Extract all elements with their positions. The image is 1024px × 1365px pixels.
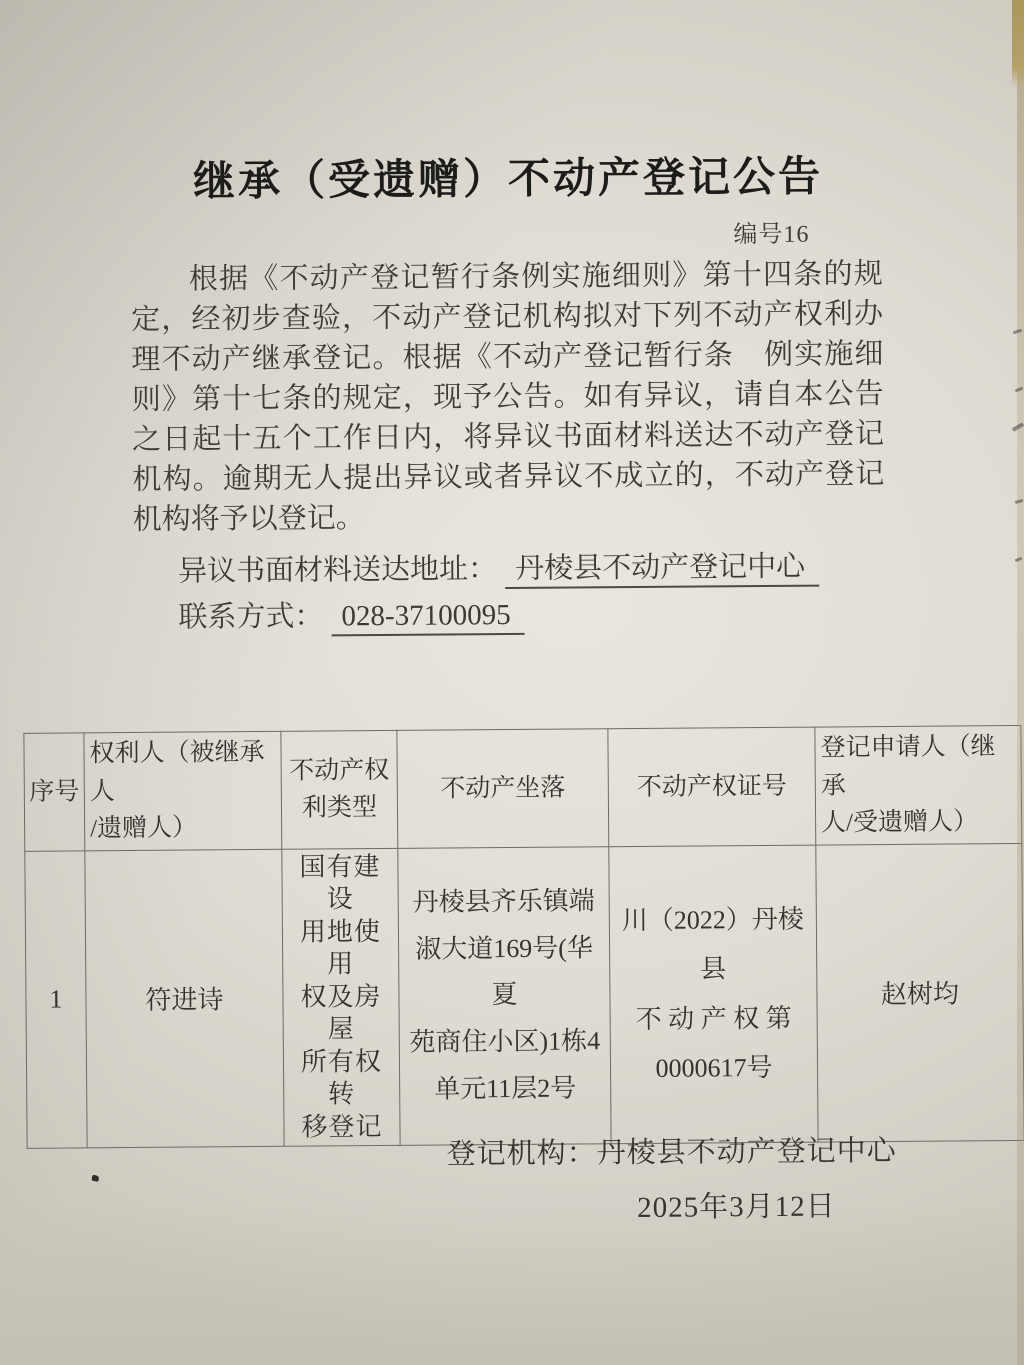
cell-owner: 符进诗 (85, 849, 284, 1148)
document-sheet: 继承（受遗赠）不动产登记公告 编号16 根据《不动产登记暂行条例实施细则》第十四… (0, 0, 1024, 1365)
header-location: 不动产坐落 (397, 729, 609, 848)
cell-type: 国有建设 用地使用 权及房屋 所有权转 移登记 (282, 848, 400, 1146)
address-value: 丹棱县不动产登记中心 (505, 551, 819, 589)
cell-applicant: 赵树均 (816, 843, 1024, 1142)
doc-number: 编号16 (733, 214, 809, 250)
address-line: 异议书面材料送达地址：丹棱县不动产登记中心 (178, 544, 819, 590)
cell-location: 丹棱县齐乐镇端 淑大道169号(华夏 苑商住小区)1栋4 单元11层2号 (398, 846, 611, 1145)
table-header-row: 序号 权利人（被继承人 /遗赠人） 不动产权 利类型 不动产坐落 不动产权证号 … (24, 726, 1022, 851)
contact-value: 028-37100095 (331, 599, 524, 637)
table-row: 1 符进诗 国有建设 用地使用 权及房屋 所有权转 移登记 丹棱县齐乐镇端 淑大… (25, 843, 1024, 1148)
cell-seq: 1 (25, 850, 87, 1148)
footer-date: 2025年3月12日 (637, 1183, 836, 1226)
footer-agency: 登记机构：丹棱县不动产登记中心 (447, 1128, 897, 1173)
header-cert-no: 不动产权证号 (608, 727, 816, 846)
header-type: 不动产权 利类型 (281, 730, 398, 848)
photographed-document: 继承（受遗赠）不动产登记公告 编号16 根据《不动产登记暂行条例实施细则》第十四… (0, 0, 1024, 1365)
page-title: 继承（受遗赠）不动产登记公告 (0, 142, 1020, 210)
paper-speck (91, 1175, 99, 1182)
header-applicant: 登记申请人（继承 人/受遗赠人） (815, 726, 1022, 845)
cell-cert-no: 川（2022）丹棱县 不 动 产 权 第 0000617号 (609, 845, 818, 1144)
contact-line: 联系方式：028-37100095 (178, 592, 524, 636)
announcement-table: 序号 权利人（被继承人 /遗赠人） 不动产权 利类型 不动产坐落 不动产权证号 … (23, 725, 1024, 1149)
address-label: 异议书面材料送达地址： (178, 553, 497, 588)
photo-corner-edge (1012, 0, 1024, 88)
header-seq: 序号 (24, 733, 85, 851)
photo-right-edge (1017, 0, 1024, 1365)
announcement-body: 根据《不动产登记暂行条例实施细则》第十四条的规定，经初步查验，不动产登记机构拟对… (131, 254, 885, 540)
header-owner: 权利人（被继承人 /遗赠人） (84, 731, 282, 850)
contact-label: 联系方式： (178, 600, 323, 633)
